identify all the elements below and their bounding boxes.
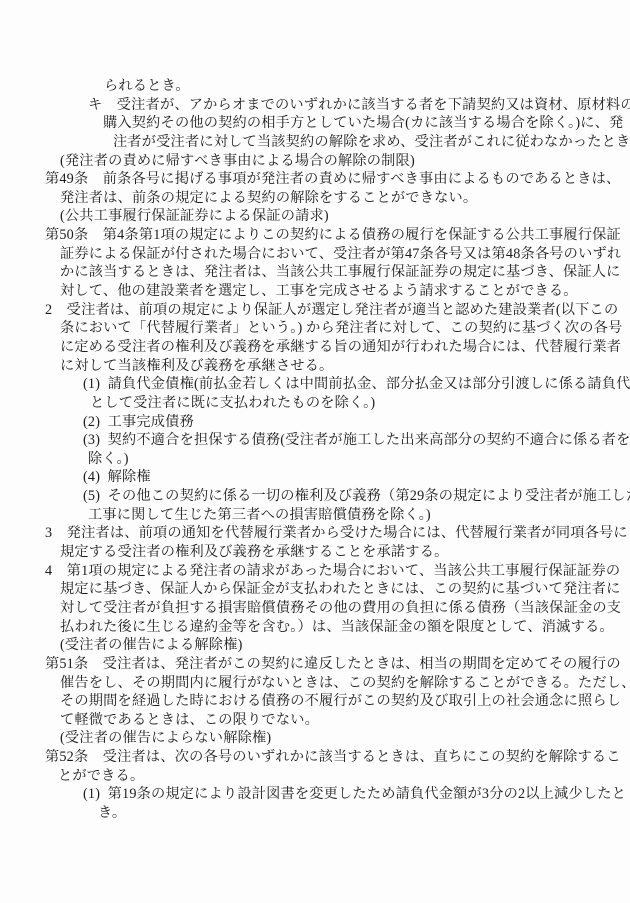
- doc-line-35: て軽微であるときは、この限りでない。: [45, 711, 605, 730]
- doc-line-11: かに該当するときは、発注者は、当該公共工事履行保証証券の規定に基づき、保証人に: [45, 263, 605, 282]
- doc-line-29: 対して受注者が負担する損害賠償債務その他の費用の負担に係る債務（当該保証金の支: [45, 599, 605, 618]
- doc-line-15: に定める受注者の権利及び義務を承継する旨の通知が行われた場合には、代替履行業者: [45, 338, 605, 357]
- doc-line-07: 発注者は、前条の規定による契約の解除をすることができない。: [45, 189, 605, 208]
- doc-line-14: 条において「代替履行業者」という。) から発注者に対して、この契約に基づく次の各…: [45, 319, 605, 338]
- doc-line-36-heading: (受注者の催告によらない解除権): [45, 729, 605, 748]
- doc-line-24: 工事に関して生じた第三者への損害賠償債務を除く。): [45, 506, 605, 525]
- doc-line-13-paragraph-2: 2 受注者は、前項の規定により保証人が選定し発注者が適当と認めた建設業者(以下こ…: [45, 301, 605, 320]
- doc-line-19-item-2: (2) 工事完成債務: [45, 413, 605, 432]
- doc-line-32-article-51: 第51条 受注者は、発注者がこの契約に違反したときは、相当の期間を定めてその履行…: [45, 655, 605, 674]
- doc-line-34: その期間を経過した時における債務の不履行がこの契約及び取引上の社会通念に照らし: [45, 692, 605, 711]
- doc-line-01: られるとき。: [45, 77, 605, 96]
- doc-line-22-item-4: (4) 解除権: [45, 468, 605, 487]
- doc-line-18: として受注者に既に支払われたものを除く。): [45, 394, 605, 413]
- doc-line-23-item-5: (5) その他この契約に係る一切の権利及び義務（第29条の規定により受注者が施工…: [45, 487, 605, 506]
- doc-line-21: 除く。): [45, 450, 605, 469]
- doc-line-05-heading: (発注者の責めに帰すべき事由による場合の解除の制限): [45, 152, 605, 171]
- doc-line-28: 規定に基づき、保証人から保証金が支払われたときには、この契約に基づいて発注者に: [45, 580, 605, 599]
- doc-line-02-item-ki: キ 受注者が、アからオまでのいずれかに該当する者を下請契約又は資材、原材料の: [45, 96, 605, 115]
- contract-text-block: られるとき。 キ 受注者が、アからオまでのいずれかに該当する者を下請契約又は資材…: [45, 77, 605, 823]
- doc-line-26: 規定する受注者の権利及び義務を承継することを承諾する。: [45, 543, 605, 562]
- doc-line-06-article-49: 第49条 前条各号に掲げる事項が発注者の責めに帰すべき事由によるものであるときは…: [45, 170, 605, 189]
- doc-line-08-heading: (公共工事履行保証証券による保証の請求): [45, 207, 605, 226]
- doc-line-27-paragraph-4: 4 第1項の規定による発注者の請求があった場合において、当該公共工事履行保証証券…: [45, 562, 605, 581]
- doc-line-33: 催告をし、その期間内に履行がないときは、この契約を解除することができる。ただし、: [45, 674, 605, 693]
- doc-line-30: 払われた後に生じる違約金等を含む。）は、当該保証金の額を限度として、消滅する。: [45, 618, 605, 637]
- doc-line-40: き。: [45, 804, 605, 823]
- doc-line-16: に対して当該権利及び義務を承継させる。: [45, 357, 605, 376]
- doc-line-17-item-1: (1) 請負代金債権(前払金若しくは中間前払金、部分払金又は部分引渡しに係る請負…: [45, 375, 605, 394]
- doc-line-04: 注者が受注者に対して当該契約の解除を求め、受注者がこれに従わなかったとき。: [45, 133, 605, 152]
- doc-line-03: 購入契約その他の契約の相手方としていた場合(カに該当する場合を除く。)に、発: [45, 114, 605, 133]
- doc-line-25-paragraph-3: 3 発注者は、前項の通知を代替履行業者から受けた場合には、代替履行業者が同項各号…: [45, 524, 605, 543]
- document-page: られるとき。 キ 受注者が、アからオまでのいずれかに該当する者を下請契約又は資材…: [0, 0, 630, 903]
- doc-line-12: 対して、他の建設業者を選定し、工事を完成させるよう請求することができる。: [45, 282, 605, 301]
- doc-line-31-heading: (受注者の催告による解除権): [45, 636, 605, 655]
- doc-line-10: 証券による保証が付された場合において、受注者が第47条各号又は第48条各号のいず…: [45, 245, 605, 264]
- doc-line-38: とができる。: [45, 767, 605, 786]
- doc-line-20-item-3: (3) 契約不適合を担保する債務(受注者が施工した出来高部分の契約不適合に係る者…: [45, 431, 605, 450]
- doc-line-39-item-1: (1) 第19条の規定により設計図書を変更したため請負代金額が3分の2以上減少し…: [45, 785, 605, 804]
- doc-line-37-article-52: 第52条 受注者は、次の各号のいずれかに該当するときは、直ちにこの契約を解除する…: [45, 748, 605, 767]
- doc-line-09-article-50: 第50条 第4条第1項の規定によりこの契約による債務の履行を保証する公共工事履行…: [45, 226, 605, 245]
